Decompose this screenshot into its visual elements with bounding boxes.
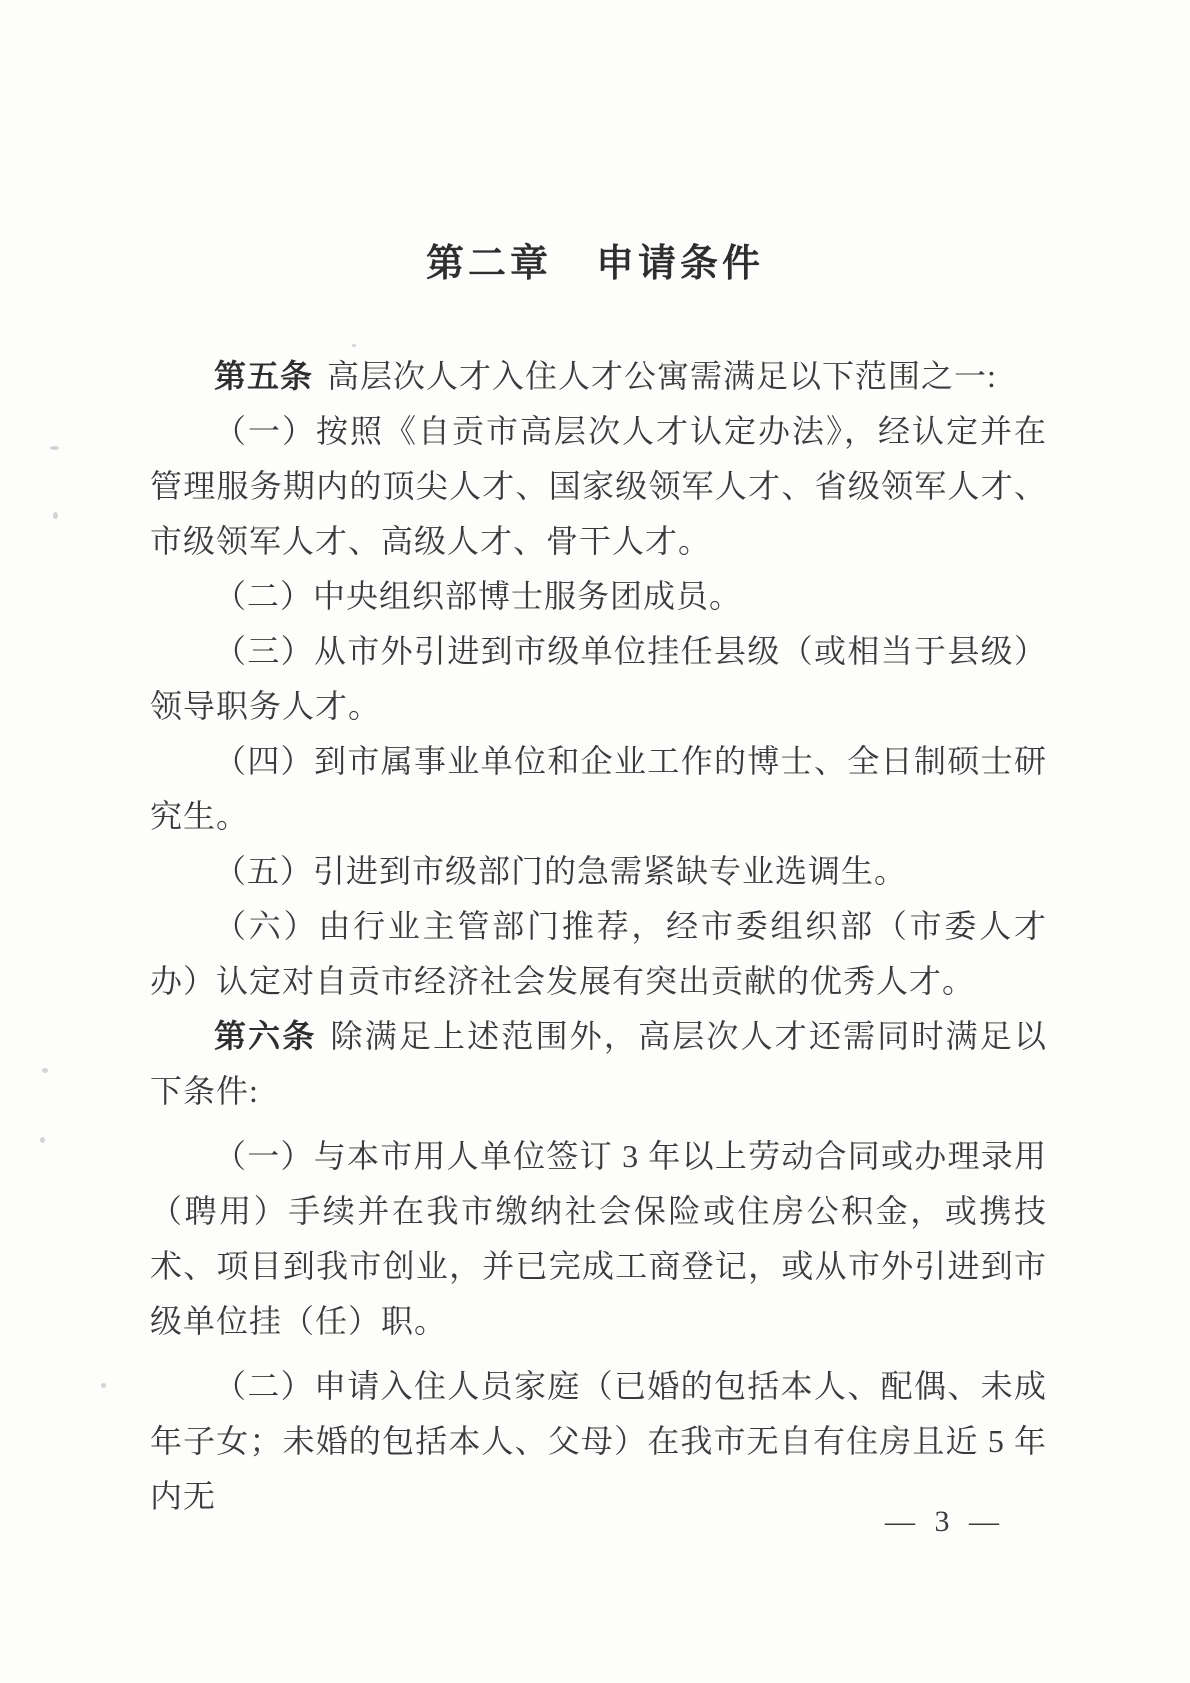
article-5-opening: 第五条高层次人才入住人才公寓需满足以下范围之一:: [150, 349, 1047, 404]
scan-speck: [40, 1137, 45, 1143]
page-number: — 3 —: [885, 1505, 1005, 1539]
scan-speck: [352, 344, 356, 347]
article-5-item-5: （五）引进到市级部门的急需紧缺专业选调生。: [150, 844, 1047, 899]
document-body: 第五条高层次人才入住人才公寓需满足以下范围之一: （一）按照《自贡市高层次人才认…: [150, 349, 1047, 1524]
article-5-item-2: （二）中央组织部博士服务团成员。: [150, 569, 1047, 624]
document-page: 第二章申请条件 第五条高层次人才入住人才公寓需满足以下范围之一: （一）按照《自…: [0, 0, 1190, 1683]
scan-speck: [53, 512, 58, 519]
article-5-item-4: （四）到市属事业单位和企业工作的博士、全日制硕士研究生。: [150, 734, 1047, 844]
article-5-item-1: （一）按照《自贡市高层次人才认定办法》，经认定并在管理服务期内的顶尖人才、国家级…: [150, 404, 1047, 569]
scan-speck: [50, 446, 59, 450]
article-5-intro: 高层次人才入住人才公寓需满足以下范围之一:: [327, 358, 997, 394]
chapter-title: 第二章申请条件: [0, 232, 1190, 287]
article-6-label: 第六条: [214, 1018, 317, 1054]
scan-speck: [42, 1068, 48, 1073]
article-6-item-1: （一）与本市用人单位签订 3 年以上劳动合同或办理录用（聘用）手续并在我市缴纳社…: [150, 1129, 1047, 1349]
scan-speck: [101, 1383, 106, 1388]
article-5-item-6: （六）由行业主管部门推荐，经市委组织部（市委人才办）认定对自贡市经济社会发展有突…: [150, 899, 1047, 1009]
chapter-name: 申请条件: [596, 241, 764, 285]
article-6-opening: 第六条除满足上述范围外，高层次人才还需同时满足以下条件:: [150, 1009, 1047, 1119]
chapter-number: 第二章: [426, 241, 552, 285]
article-5-item-3: （三）从市外引进到市级单位挂任县级（或相当于县级）领导职务人才。: [150, 624, 1047, 734]
article-5-label: 第五条: [214, 358, 313, 394]
article-6-item-2: （二）申请入住人员家庭（已婚的包括本人、配偶、未成年子女；未婚的包括本人、父母）…: [150, 1359, 1047, 1524]
